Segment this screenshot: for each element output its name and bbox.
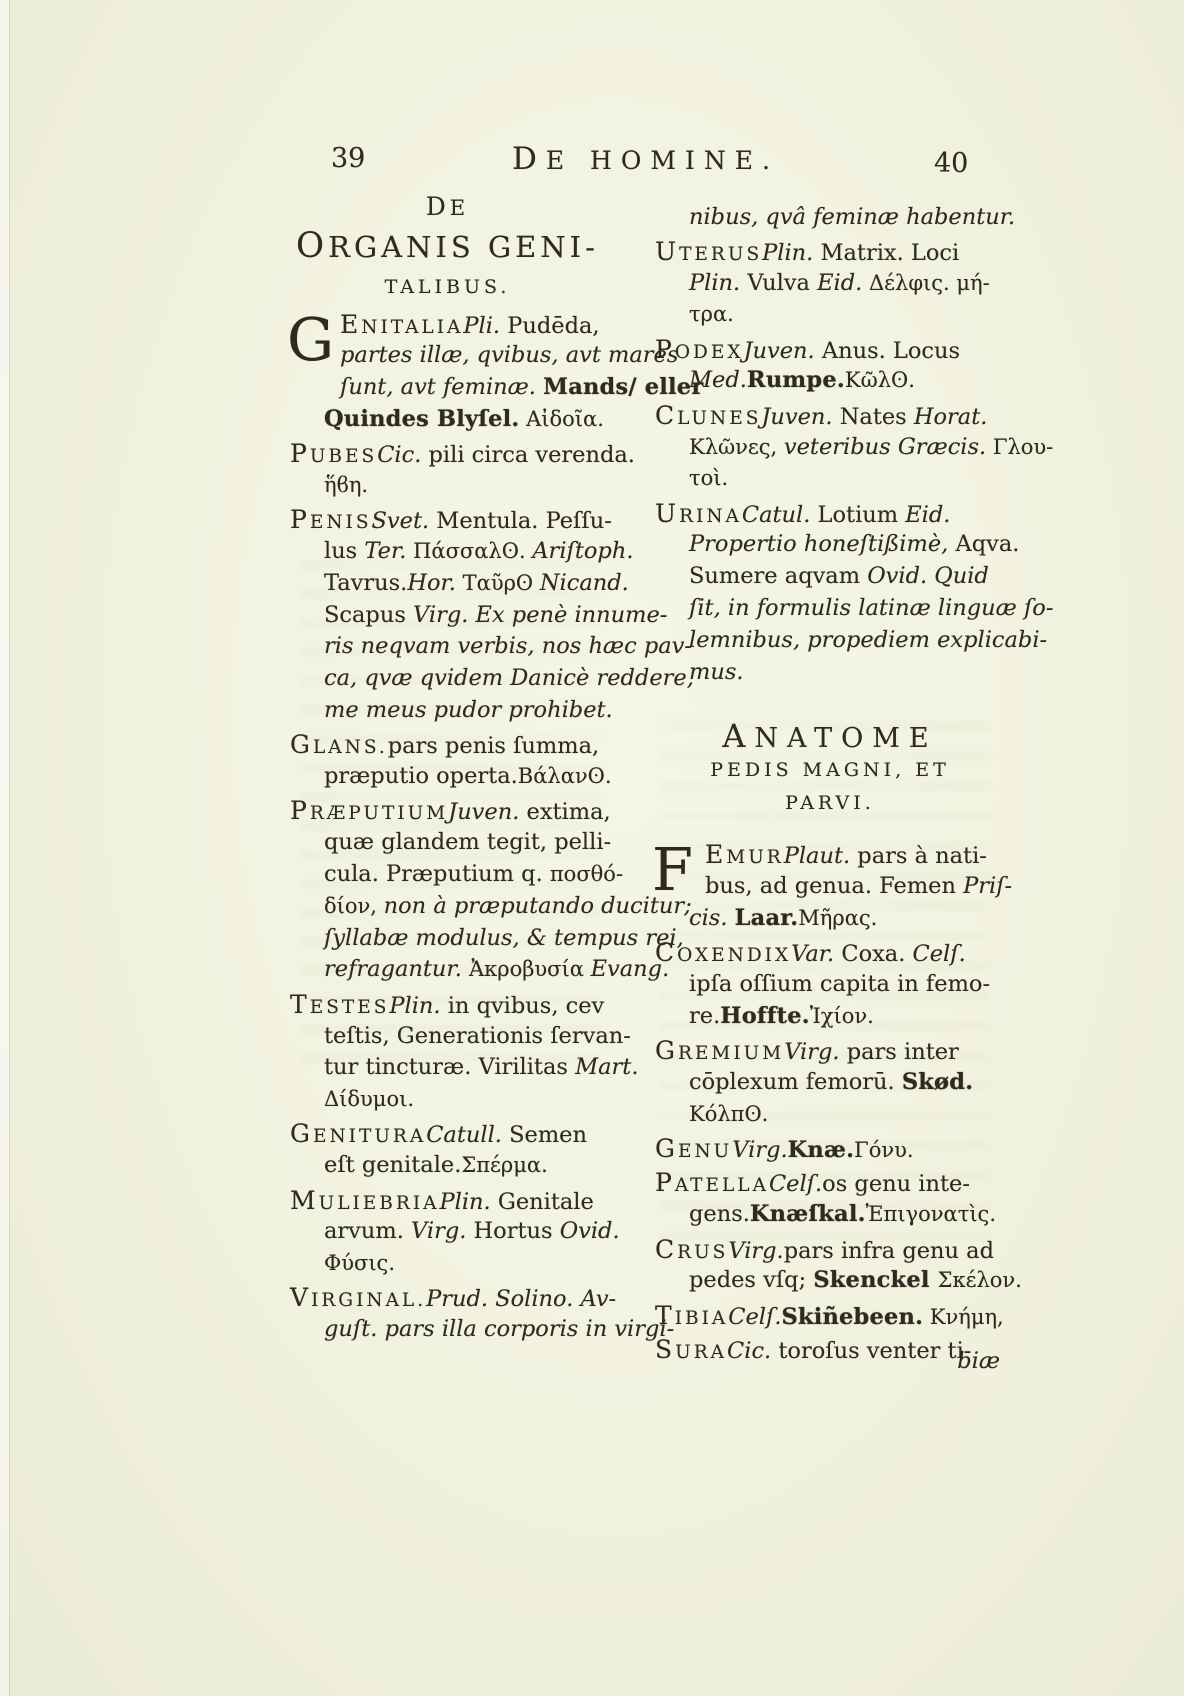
page-number-right: 40	[934, 148, 968, 179]
text-segment-it: Virg.	[732, 1137, 787, 1163]
entry-patella: PATELLA Celſ.os genu inte-gens.Knæſkal.Ἐ…	[655, 1167, 1005, 1231]
text-line: quæ glandem tegit, pelli-	[324, 827, 635, 859]
text-segment-rm: DE	[426, 196, 469, 220]
text-line: præputio operta.Βάλανʘ.	[324, 761, 635, 793]
text-segment-gr: δίον,	[324, 894, 384, 918]
text-segment-it: Priſ-	[963, 873, 1012, 899]
text-line: δίον, non à præputando ducitur;	[324, 891, 635, 923]
text-segment-sc: COXENDIX	[655, 937, 791, 972]
text-line: refragantur. Ἀκροβυσία Evang.	[324, 954, 635, 986]
entry-femur: FEMUR Plaut. pars à nati-bus, ad genua. …	[655, 839, 1005, 934]
text-segment-rm: Hortus	[466, 1218, 559, 1244]
text-line: MULIEBRIA Plin. Genitale	[290, 1185, 635, 1217]
text-line: re.Hoffte.Ἰχίον.	[689, 1001, 1005, 1033]
text-segment-it: cis.	[689, 905, 735, 931]
text-segment-gr: Κῶλʘ.	[845, 368, 915, 392]
text-segment-rm: Pudēda,	[500, 313, 599, 339]
text-line: Φύσις.	[324, 1248, 635, 1280]
text-segment-rm: quæ glandem tegit, pelli-	[324, 829, 611, 855]
entry-penis: PENIS Svet. Mentula. Peſſu-lus Ter. Πάσσ…	[290, 504, 635, 727]
text-line: GENU Virg.Knæ.Γόνυ.	[655, 1133, 1005, 1165]
text-segment-sc: PODEX	[655, 334, 744, 369]
text-segment-it: Ovid. Quid	[867, 563, 989, 589]
text-segment-it: Nicand.	[540, 570, 629, 596]
entry-uterus: UTERUS Plin. Matrix. LociPlin. Vulva Eid…	[655, 236, 1005, 331]
text-line: pedes vſq; Skenckel Σκέλον.	[689, 1265, 1005, 1297]
text-segment-gr: Κλῶνες,	[689, 435, 784, 459]
text-segment-it: Juven.	[448, 799, 519, 825]
page-edge	[0, 0, 10, 1696]
text-segment-bl: Knæ.	[788, 1137, 855, 1163]
text-segment-it: Eid.	[905, 502, 950, 528]
text-segment-it: Cic.	[377, 442, 421, 468]
text-segment-it: Celſ.	[769, 1171, 822, 1197]
text-segment-it: ſyllabæ modulus, & tempus rei,	[324, 925, 684, 951]
text-line: teſtis, Generationis ſervan-	[324, 1021, 635, 1053]
text-segment-it: Plin.	[689, 270, 740, 296]
text-segment-sc: EMUR	[705, 839, 784, 874]
text-line: TESTES Plin. in qvibus, cev	[290, 989, 635, 1021]
text-segment-it: Pli.	[463, 313, 500, 339]
text-line: PUBES Cic. pili circa verenda.	[290, 438, 635, 470]
text-segment-it: Plin.	[762, 240, 813, 266]
text-line: τοὶ.	[689, 463, 1005, 495]
text-line: cis. Laar.Μῆρας.	[689, 903, 1005, 935]
entry-gremium: GREMIUM Virg. pars intercōplexum femorū.…	[655, 1035, 1005, 1130]
text-segment-sc: GLANS.	[290, 729, 388, 764]
text-segment-sc: CLUNES	[655, 400, 761, 435]
text-segment-rm: Sumere aqvam	[689, 563, 867, 589]
text-segment-it: Plin.	[389, 993, 440, 1019]
text-segment-rm: pars penis ſumma,	[388, 733, 599, 759]
text-line: URINA Catul. Lotium Eid.	[655, 498, 1005, 530]
text-segment-gr: Κνήμη,	[923, 1305, 1004, 1329]
entry-testes: TESTES Plin. in qvibus, cevteſtis, Gener…	[290, 989, 635, 1116]
text-segment-rm: Vulva	[740, 270, 817, 296]
text-line: UTERUS Plin. Matrix. Loci	[655, 236, 1005, 268]
text-segment-sc: VIRGINAL.	[290, 1282, 426, 1317]
text-line: VIRGINAL. Prud. Solino. Av-	[290, 1282, 635, 1314]
text-segment-rm: extima,	[519, 799, 610, 825]
text-line: partes illæ, qvibus, avt mares	[340, 340, 635, 372]
text-segment-it: Svet.	[372, 508, 430, 534]
text-segment-it: refragantur.	[324, 956, 469, 982]
text-segment-rm: pars infra genu ad	[784, 1238, 994, 1264]
text-segment-rm: Scapus	[324, 602, 413, 628]
text-line: τρα.	[689, 299, 1005, 331]
text-line: gens.Knæſkal.Ἐπιγονατὶς.	[689, 1199, 1005, 1231]
text-segment-it: Hor.	[407, 570, 456, 596]
text-segment-rm: Coxa.	[834, 941, 912, 967]
text-segment-rm: eſt genitale.	[324, 1152, 461, 1178]
text-segment-rm: arvum.	[324, 1218, 411, 1244]
text-segment-gr: Βάλανʘ.	[518, 764, 612, 788]
text-segment-rm: os genu inte-	[822, 1171, 970, 1197]
text-segment-it: lemnibus, propediem explicabi-	[689, 627, 1047, 653]
text-line: CLUNES Juven. Nates Horat.	[655, 400, 1005, 432]
entry-glans: GLANS. pars penis ſumma,præputio operta.…	[290, 729, 635, 793]
text-segment-gr: Ἰχίον.	[810, 1004, 874, 1028]
text-segment-it: partes illæ, qvibus, avt mares	[340, 342, 678, 368]
text-segment-rm: ORGANIS GENI-	[296, 230, 599, 264]
text-line: PATELLA Celſ.os genu inte-	[655, 1167, 1005, 1199]
text-segment-it: Celſ.	[728, 1304, 781, 1330]
text-line: ENITALIA Pli. Pudēda,	[340, 309, 635, 341]
text-line: cula. Præputium q. ποσθό-	[324, 859, 635, 891]
right-column: nibus, qvâ feminæ habentur.UTERUS Plin. …	[655, 199, 1005, 1366]
text-segment-sc: GREMIUM	[655, 1035, 784, 1070]
text-segment-gr: Ἐπιγονατὶς.	[866, 1202, 996, 1226]
text-segment-it: Horat.	[914, 404, 988, 430]
entry-podex: PODEX Juven. Anus. LocusMed.Rumpe.Κῶλʘ.	[655, 334, 1005, 398]
drop-cap-initial: G	[287, 312, 334, 368]
text-segment-gr: Δέλφις. μή-	[862, 271, 989, 295]
text-segment-it: me meus pudor prohibet.	[324, 697, 613, 723]
text-line: ſyllabæ modulus, & tempus rei,	[324, 923, 635, 955]
text-segment-it: Virg.	[411, 1218, 466, 1244]
text-segment-it: Plin.	[440, 1189, 491, 1215]
entry-virginal-continuation: nibus, qvâ feminæ habentur.	[655, 202, 1005, 234]
text-line: PENIS Svet. Mentula. Peſſu-	[290, 504, 635, 536]
entry-muliebria: MULIEBRIA Plin. Genitalearvum. Virg. Hor…	[290, 1185, 635, 1280]
text-segment-sc: PUBES	[290, 438, 377, 473]
text-segment-rm: in qvibus, cev	[441, 993, 605, 1019]
text-segment-gr: Γλου-	[986, 435, 1053, 459]
text-line: CRUS Virg.pars infra genu ad	[655, 1234, 1005, 1266]
text-line: EMUR Plaut. pars à nati-	[705, 839, 1005, 871]
text-segment-it: Plaut.	[784, 843, 850, 869]
text-segment-it: guſt. pars illa corporis in virgi-	[324, 1316, 674, 1342]
text-line: Quindes Blyſel. Αἰδοῖα.	[324, 404, 635, 436]
text-segment-rm: Anus. Locus	[815, 338, 960, 364]
text-line: tur tincturæ. Virilitas Mart.	[324, 1052, 635, 1084]
entry-genitura: GENITURA Catull. Semeneſt genitale.Σπέρμ…	[290, 1118, 635, 1182]
text-segment-rm: teſtis, Generationis ſervan-	[324, 1023, 631, 1049]
section-heading-organis: DEORGANIS GENI-TALIBUS.	[290, 190, 635, 306]
text-line: ris neqvam verbis, nos hæc pav-	[324, 631, 635, 663]
text-line: lus Ter. Πάσσαλʘ. Ariſtoph.	[324, 536, 635, 568]
text-line: cōplexum femorū. Skød.	[689, 1067, 1005, 1099]
text-segment-it: Juven.	[761, 404, 832, 430]
text-line: GENITURA Catull. Semen	[290, 1118, 635, 1150]
text-segment-it: non à præputando ducitur;	[384, 893, 692, 919]
text-segment-rm: pili circa verenda.	[421, 442, 635, 468]
text-line: Κλῶνες, veteribus Græcis. Γλου-	[689, 432, 1005, 464]
text-segment-rm: lus	[324, 538, 364, 564]
text-line: ſunt, avt feminæ. Mands/ eller	[340, 372, 635, 404]
text-segment-rm: pars inter	[840, 1039, 959, 1065]
text-segment-it: Virg. Ex penè innume-	[413, 602, 667, 628]
text-segment-rm: ANATOME	[722, 723, 937, 754]
text-line: bus, ad genua. Femen Priſ-	[705, 871, 1005, 903]
text-segment-bl: Hoffte.	[720, 1003, 810, 1029]
text-segment-gr: Δίδυμοι.	[324, 1087, 414, 1111]
text-line: TIBIA Celſ.Skiñebeen. Κνήμη,	[655, 1300, 1005, 1332]
text-segment-rm: Lotium	[810, 502, 905, 528]
text-segment-sc: GENITURA	[290, 1118, 426, 1153]
text-line: COXENDIX Var. Coxa. Celſ.	[655, 937, 1005, 969]
text-line: arvum. Virg. Hortus Ovid.	[324, 1216, 635, 1248]
text-segment-it: Catul.	[742, 502, 811, 528]
text-segment-bl: Skenckel	[813, 1267, 937, 1293]
text-segment-gr: Μῆρας.	[798, 906, 877, 930]
entry-praeputium: PRÆPUTIUM Juven. extima,quæ glandem tegi…	[290, 795, 635, 986]
text-segment-rm: gens.	[689, 1201, 750, 1227]
text-segment-bl: Knæſkal.	[750, 1201, 866, 1227]
text-line: Tavrus.Hor. Ταῦρʘ Nicand.	[324, 568, 635, 600]
text-segment-bl: Laar.	[735, 905, 799, 931]
text-segment-gr: Κόλπʘ.	[689, 1102, 768, 1126]
text-segment-sc: PATELLA	[655, 1167, 769, 1202]
text-segment-rm: cōplexum femorū.	[689, 1069, 902, 1095]
text-segment-sc: MULIEBRIA	[290, 1185, 440, 1220]
text-segment-rm: Matrix. Loci	[813, 240, 959, 266]
text-line: ſit, in formulis latinæ linguæ ſo-	[689, 593, 1005, 625]
entry-tibia: TIBIA Celſ.Skiñebeen. Κνήμη,	[655, 1300, 1005, 1332]
entry-pubes: PUBES Cic. pili circa verenda.ἥϐη.	[290, 438, 635, 502]
left-column: DEORGANIS GENI-TALIBUS.GENITALIA Pli. Pu…	[290, 190, 635, 1346]
text-line: Δίδυμοι.	[324, 1084, 635, 1116]
text-segment-sc: GENU	[655, 1133, 732, 1168]
text-segment-it: Ter.	[364, 538, 406, 564]
text-segment-it: Catull.	[426, 1122, 502, 1148]
text-segment-gr: Γόνυ.	[854, 1138, 913, 1162]
text-segment-rm: Semen	[502, 1122, 587, 1148]
text-segment-sc: TIBIA	[655, 1300, 728, 1335]
text-segment-it: Mart.	[575, 1054, 638, 1080]
text-line: PEDIS MAGNI, ET	[655, 754, 1005, 787]
text-segment-rm: cula. Præputium q.	[324, 861, 550, 887]
text-segment-it: Juven.	[744, 338, 815, 364]
text-segment-it: Ovid.	[560, 1218, 620, 1244]
text-line: nibus, qvâ feminæ habentur.	[689, 202, 1005, 234]
text-segment-gr: ἥϐη.	[324, 473, 368, 497]
text-segment-it: Prud. Solino. Av-	[426, 1286, 616, 1312]
text-line: PRÆPUTIUM Juven. extima,	[290, 795, 635, 827]
text-segment-it: ca, qvæ qvidem Danicè reddere,	[324, 665, 694, 691]
text-segment-it: Celſ.	[913, 941, 966, 967]
text-segment-rm: Genitale	[491, 1189, 594, 1215]
entry-genitalia: GENITALIA Pli. Pudēda,partes illæ, qvibu…	[290, 309, 635, 436]
running-title: DE HOMINE.	[512, 141, 779, 177]
entry-urina: URINA Catul. Lotium Eid.Propertio honeſt…	[655, 498, 1005, 689]
text-segment-gr: Πάσσαλʘ.	[406, 539, 532, 563]
text-line: DE	[290, 190, 605, 224]
text-segment-sc: PRÆPUTIUM	[290, 795, 448, 830]
entry-coxendix: COXENDIX Var. Coxa. Celſ.ipſa oſſium cap…	[655, 937, 1005, 1032]
text-line: TALIBUS.	[290, 268, 605, 306]
text-segment-rm: pedes vſq;	[689, 1267, 813, 1293]
text-segment-rm: tur tincturæ. Virilitas	[324, 1054, 575, 1080]
text-segment-rm: re.	[689, 1003, 720, 1029]
text-segment-it: nibus, qvâ feminæ habentur.	[689, 204, 1015, 230]
text-segment-it: ſit, in formulis latinæ linguæ ſo-	[689, 595, 1053, 621]
text-line: ca, qvæ qvidem Danicè reddere,	[324, 663, 635, 695]
drop-cap-initial: F	[652, 842, 693, 898]
text-segment-gr: Σκέλον.	[938, 1268, 1022, 1292]
section-heading-anatome: ANATOMEPEDIS MAGNI, ETPARVI.	[655, 718, 1005, 820]
text-segment-rm: PEDIS MAGNI, ET	[710, 759, 950, 781]
text-segment-rm: PARVI.	[785, 792, 875, 814]
text-line: Sumere aqvam Ovid. Quid	[689, 561, 1005, 593]
text-line: Κόλπʘ.	[689, 1099, 1005, 1131]
text-line: Plin. Vulva Eid. Δέλφις. μή-	[689, 268, 1005, 300]
text-line: ORGANIS GENI-	[290, 224, 605, 268]
text-segment-rm: pars à nati-	[850, 843, 987, 869]
text-line: PARVI.	[655, 787, 1005, 820]
text-segment-it: Var.	[791, 941, 834, 967]
text-line: Med.Rumpe.Κῶλʘ.	[689, 365, 1005, 397]
text-segment-it: veteribus Græcis.	[784, 434, 986, 460]
text-segment-rm: Mentula. Peſſu-	[429, 508, 612, 534]
text-line: ἥϐη.	[324, 470, 635, 502]
text-segment-sc: URINA	[655, 498, 742, 533]
text-segment-gr: Ἀκροβυσία	[469, 957, 591, 981]
text-segment-it: Propertio honeſtißimè,	[689, 531, 955, 557]
text-segment-gr: τρα.	[689, 302, 734, 326]
text-line: ipſa oſſium capita in femo-	[689, 969, 1005, 1001]
text-segment-gr: Σπέρμα.	[461, 1153, 547, 1177]
text-segment-gr: Αἰδοῖα.	[519, 407, 603, 431]
text-segment-it: ſunt, avt feminæ.	[340, 374, 543, 400]
text-segment-bl: Rumpe.	[747, 367, 845, 393]
text-line: guſt. pars illa corporis in virgi-	[324, 1314, 635, 1346]
text-segment-sc: TESTES	[290, 989, 389, 1024]
page-number-left: 39	[331, 143, 365, 174]
text-segment-bl: Skiñebeen.	[781, 1304, 923, 1330]
text-segment-rm: Nates	[833, 404, 914, 430]
text-segment-it: Ariſtoph.	[532, 538, 633, 564]
entry-clunes: CLUNES Juven. Nates Horat.Κλῶνες, veteri…	[655, 400, 1005, 495]
text-segment-rm: TALIBUS.	[385, 276, 511, 298]
text-segment-rm: ipſa oſſium capita in femo-	[689, 971, 990, 997]
text-segment-sc: ENITALIA	[340, 309, 463, 344]
text-segment-rm: Aqva.	[955, 531, 1019, 557]
text-segment-rm: bus, ad genua. Femen	[705, 873, 963, 899]
text-segment-rm: Tavrus.	[324, 570, 407, 596]
text-segment-it: Virg.	[728, 1238, 783, 1264]
text-segment-it: ris neqvam verbis, nos hæc pav-	[324, 633, 692, 659]
text-line: Propertio honeſtißimè, Aqva.	[689, 529, 1005, 561]
catchword: biæ	[655, 1348, 1000, 1374]
text-segment-gr: τοὶ.	[689, 466, 728, 490]
text-line: ANATOME	[655, 718, 1005, 754]
text-line: me meus pudor prohibet.	[324, 695, 635, 727]
text-segment-it: Virg.	[784, 1039, 839, 1065]
text-segment-it: Eid.	[817, 270, 862, 296]
text-segment-bl: Skød.	[902, 1069, 973, 1095]
text-segment-sc: CRUS	[655, 1234, 728, 1269]
entry-virginal: VIRGINAL. Prud. Solino. Av-guſt. pars il…	[290, 1282, 635, 1346]
text-segment-it: mus.	[689, 659, 744, 685]
text-line: lemnibus, propediem explicabi-	[689, 625, 1005, 657]
text-segment-gr: Φύσις.	[324, 1251, 395, 1275]
text-segment-gr: Ταῦρʘ	[456, 571, 540, 595]
text-segment-it: Med.	[689, 367, 747, 393]
entry-crus: CRUS Virg.pars infra genu adpedes vſq; S…	[655, 1234, 1005, 1298]
text-line: GREMIUM Virg. pars inter	[655, 1035, 1005, 1067]
text-line: PODEX Juven. Anus. Locus	[655, 334, 1005, 366]
text-line: eſt genitale.Σπέρμα.	[324, 1150, 635, 1182]
text-segment-rm: præputio operta.	[324, 763, 518, 789]
text-segment-bl: Quindes Blyſel.	[324, 406, 519, 432]
entry-genu: GENU Virg.Knæ.Γόνυ.	[655, 1133, 1005, 1165]
text-segment-sc: PENIS	[290, 504, 372, 539]
text-segment-gr: ποσθό-	[550, 862, 623, 886]
text-segment-sc: UTERUS	[655, 236, 762, 271]
text-line: mus.	[689, 657, 1005, 689]
text-line: GLANS. pars penis ſumma,	[290, 729, 635, 761]
text-line: Scapus Virg. Ex penè innume-	[324, 600, 635, 632]
